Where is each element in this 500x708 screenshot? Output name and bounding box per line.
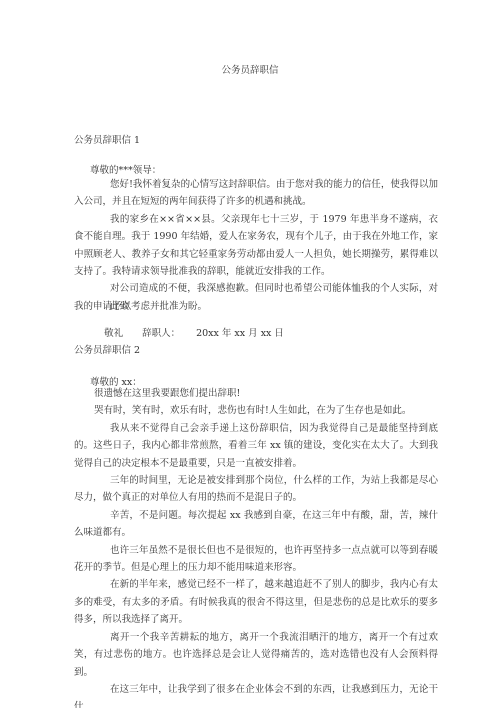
letter1-date: 20xx 年 xx 月 xx 日: [196, 325, 284, 339]
letter1-paragraph: 您好!我怀着复杂的心情写这封辞职信。由于您对我的能力的信任，使我得以加入公司，并…: [74, 176, 438, 211]
letter1-paragraph: 我的家乡在××省××县。父亲现年七十三岁，于 1979 年患半身不遂病，衣食不能…: [74, 211, 438, 281]
letter1-body: 您好!我怀着复杂的心情写这封辞职信。由于您对我的能力的信任，使我得以加入公司，并…: [74, 176, 438, 315]
letter2-paragraph: 我从来不觉得自己会亲手递上这份辞职信，因为我觉得自己是最能坚持到底的。这些日子，…: [74, 420, 438, 472]
letter2-paragraph: 很遗憾在这里我要跟您们提出辞职!: [74, 385, 438, 402]
letter1-closing: 此致: [110, 298, 129, 312]
letter1-regards: 敬礼: [104, 325, 142, 339]
letter2-paragraph: 离开一个我辛苦耕耘的地方，离开一个我流泪晒汗的地方，离开一个有过欢笑，有过悲伤的…: [74, 629, 438, 681]
document-page: 公务员辞职信 公务员辞职信 1 尊敬的***领导： 您好!我怀着复杂的心情写这封…: [0, 0, 500, 708]
letter2-paragraph: 也许三年虽然不是很长但也不是很短的，也许再坚持多一点点就可以等到春暖花开的季节。…: [74, 542, 438, 577]
letter1-salutation: 尊敬的***领导：: [90, 162, 161, 176]
letter2-paragraph: 在新的半年来，感觉已经不一样了，越来越追赶不了别人的脚步，我内心有太多的难受，有…: [74, 576, 438, 628]
letter1-heading: 公务员辞职信 1: [74, 132, 140, 146]
letter1-signer-label: 辞职人：: [142, 325, 196, 339]
letter2-body: 很遗憾在这里我要跟您们提出辞职! 哭有时，笑有时，欢乐有时，悲伤也有时!人生如此…: [74, 385, 438, 708]
letter2-paragraph: 辛苦，不是问题。每次提起 xx 我感到自豪，在这三年中有酸，甜，苦，辣什么味道都…: [74, 507, 438, 542]
letter2-paragraph: 在这三年中，让我学到了很多在企业体会不到的东西，让我感到压力，无论干什: [74, 681, 438, 708]
letter2-paragraph: 三年的时间里，无论是被安排到那个岗位，什么样的工作，为站上我都是尽心尽力，做个真…: [74, 472, 438, 507]
letter2-paragraph: 哭有时，笑有时，欢乐有时，悲伤也有时!人生如此，在为了生存也是如此。: [74, 402, 438, 419]
document-title: 公务员辞职信: [0, 62, 500, 76]
letter2-heading: 公务员辞职信 2: [74, 342, 140, 356]
